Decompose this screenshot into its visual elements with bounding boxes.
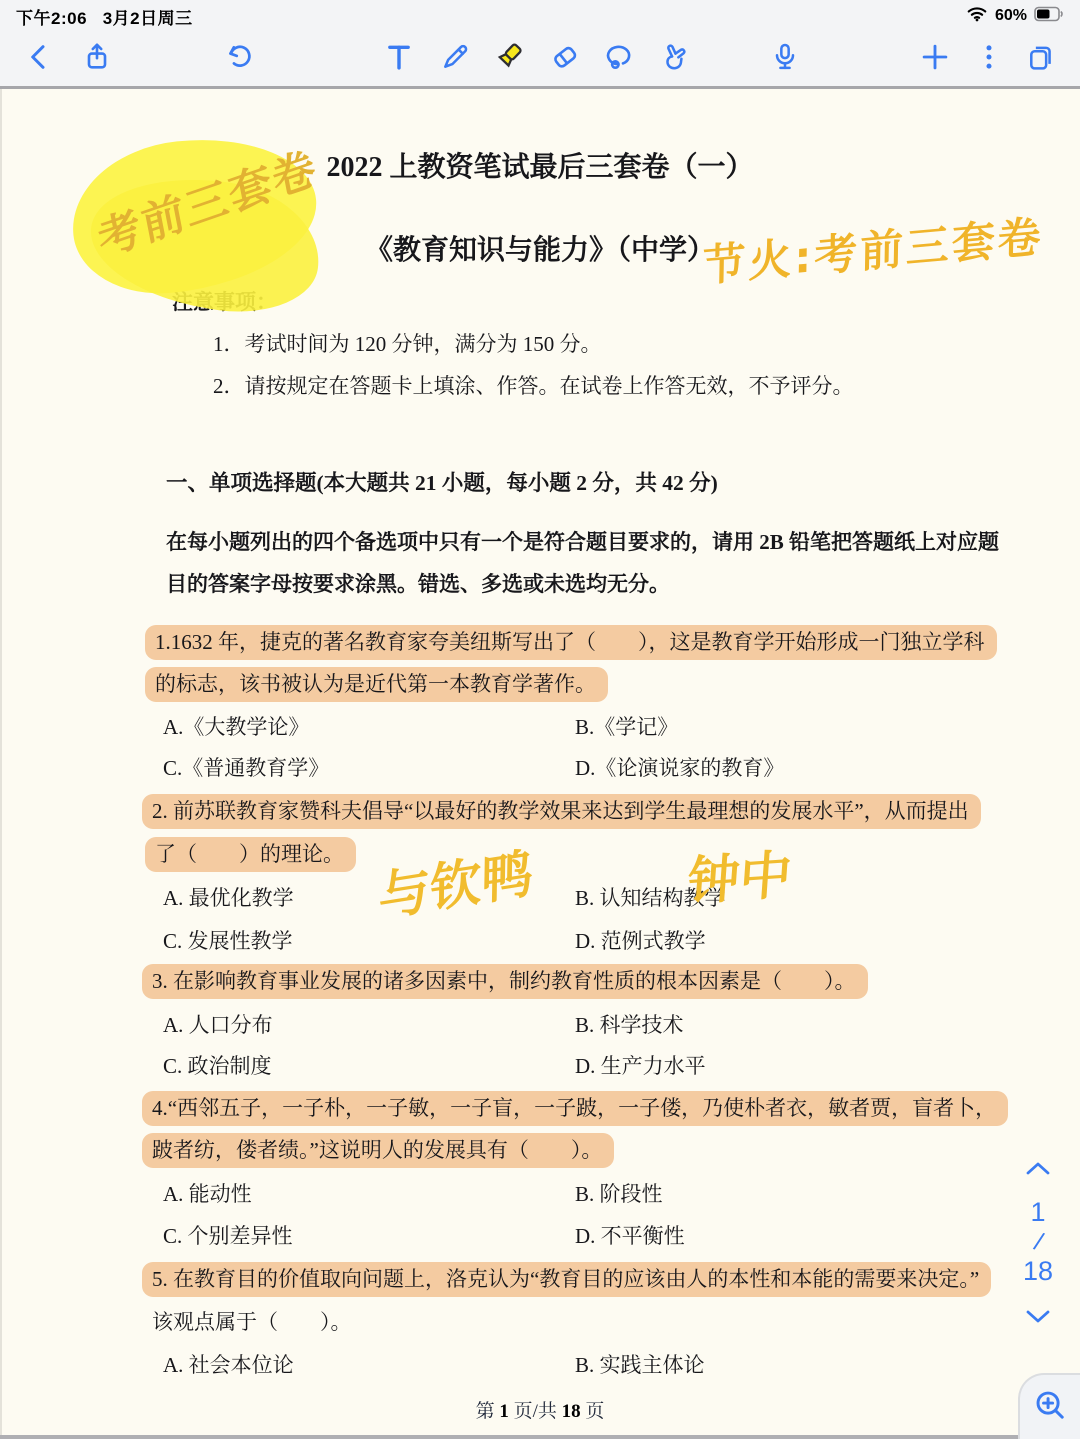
q5-stem-line1: 5. 在教育目的价值取向问题上，洛克认为“教育目的应该由人的本性和本能的需要来决…: [152, 1266, 979, 1292]
more-kebab-icon[interactable]: [972, 40, 1006, 74]
status-time: 下午2:06: [16, 9, 87, 28]
pen-tool-icon[interactable]: [438, 40, 472, 74]
magnifier-plus-icon: [1032, 1387, 1068, 1428]
q2-option-c: C. 发展性教学: [163, 928, 293, 954]
q4-option-d: D. 不平衡性: [575, 1223, 685, 1249]
page-left-edge: [0, 89, 2, 1439]
q4-option-a: A. 能动性: [163, 1181, 252, 1207]
q4-option-c: C. 个别差异性: [163, 1223, 293, 1249]
text-tool-icon[interactable]: [382, 40, 416, 74]
q4-stem-line1: 4.“西邻五子，一子朴，一子敏，一子盲，一子跛，一子偻，乃使朴者衣，敏者贾，盲者…: [152, 1095, 996, 1121]
add-icon[interactable]: [918, 40, 952, 74]
q3-option-c: C. 政治制度: [163, 1053, 272, 1079]
page-down-chevron-icon[interactable]: [1023, 1305, 1053, 1327]
lasso-tool-icon[interactable]: [602, 40, 636, 74]
gesture-hand-icon[interactable]: [657, 40, 691, 74]
page-indicator[interactable]: 1 / 18: [1023, 1198, 1053, 1287]
page-bottom-edge: [0, 1435, 1080, 1439]
q3-option-a: A. 人口分布: [163, 1012, 273, 1038]
q2-option-d: D. 范例式教学: [575, 928, 706, 954]
battery-percent: 60%: [995, 7, 1027, 25]
wifi-icon: [966, 5, 988, 28]
q4-option-b: B. 阶段性: [575, 1181, 663, 1207]
intro-line-2: 目的答案字母按要求涂黑。错选、多选或未选均无分。: [166, 571, 670, 597]
notice-item-1: 1．考试时间为 120 分钟，满分为 150 分。: [213, 331, 602, 357]
q1-stem-line1: 1.1632 年，捷克的著名教育家夸美纽斯写出了（ ），这是教育学开始形成一门独…: [155, 629, 985, 655]
section-heading: 一、单项选择题(本大题共 21 小题，每小题 2 分，共 42 分): [166, 470, 718, 497]
q3-option-b: B. 科学技术: [575, 1012, 684, 1038]
q2-option-a: A. 最优化教学: [163, 885, 294, 911]
page-navigator: 1 / 18: [1010, 1158, 1066, 1327]
battery-icon: [1034, 6, 1064, 27]
q4-stem-line2: 跛者纺，偻者绩。”这说明人的发展具有（ ）。: [152, 1137, 602, 1163]
notice-item-2: 2．请按规定在答题卡上填涂、作答。在试卷上作答无效，不予评分。: [213, 373, 854, 399]
q5-option-b: B. 实践主体论: [575, 1352, 705, 1378]
q5-option-a: A. 社会本位论: [163, 1352, 294, 1378]
page-indicator-sep: /: [1030, 1228, 1045, 1256]
page-indicator-total: 18: [1023, 1257, 1053, 1287]
pages-icon[interactable]: [1024, 40, 1058, 74]
highlighter-tool-icon[interactable]: [492, 40, 526, 74]
q3-stem-line1: 3. 在影响教育事业发展的诸多因素中，制约教育性质的根本因素是（ ）。: [152, 968, 856, 994]
q1-option-b: B.《学记》: [575, 714, 678, 740]
share-icon[interactable]: [80, 40, 114, 74]
page-indicator-current: 1: [1030, 1198, 1045, 1228]
handwriting-scribble-2: 钟中: [685, 832, 794, 915]
eraser-tool-icon[interactable]: [548, 40, 582, 74]
status-time-date: 下午2:06 3月2日周三: [16, 4, 193, 29]
undo-icon[interactable]: [222, 40, 256, 74]
microphone-icon[interactable]: [768, 40, 802, 74]
q5-stem-line2: 该观点属于（ ）。: [152, 1309, 352, 1335]
page-up-chevron-icon[interactable]: [1023, 1158, 1053, 1180]
zoom-panel[interactable]: [1018, 1373, 1080, 1439]
top-chrome: 下午2:06 3月2日周三 60%: [0, 0, 1080, 89]
q3-option-d: D. 生产力水平: [575, 1053, 706, 1079]
q1-option-d: D.《论演说家的教育》: [575, 755, 784, 781]
q1-stem-line2: 的标志，该书被认为是近代第一本教育学著作。: [155, 671, 596, 697]
back-icon[interactable]: [22, 40, 56, 74]
q2-stem-line1: 2. 前苏联教育家赞科夫倡导“以最好的教学效果来达到学生最理想的发展水平”，从而…: [152, 798, 969, 824]
page-footer: 第 1 页/共 18 页: [0, 1400, 1080, 1424]
q1-option-a: A.《大教学论》: [163, 714, 309, 740]
status-date: 3月2日周三: [103, 9, 193, 28]
intro-line-1: 在每小题列出的四个备选项中只有一个是符合题目要求的，请用 2B 铅笔把答题纸上对…: [166, 529, 999, 555]
q1-option-c: C.《普通教育学》: [163, 755, 329, 781]
q2-stem-line2: 了（ ）的理论。: [155, 841, 344, 867]
status-bar: 下午2:06 3月2日周三 60%: [0, 3, 1080, 29]
